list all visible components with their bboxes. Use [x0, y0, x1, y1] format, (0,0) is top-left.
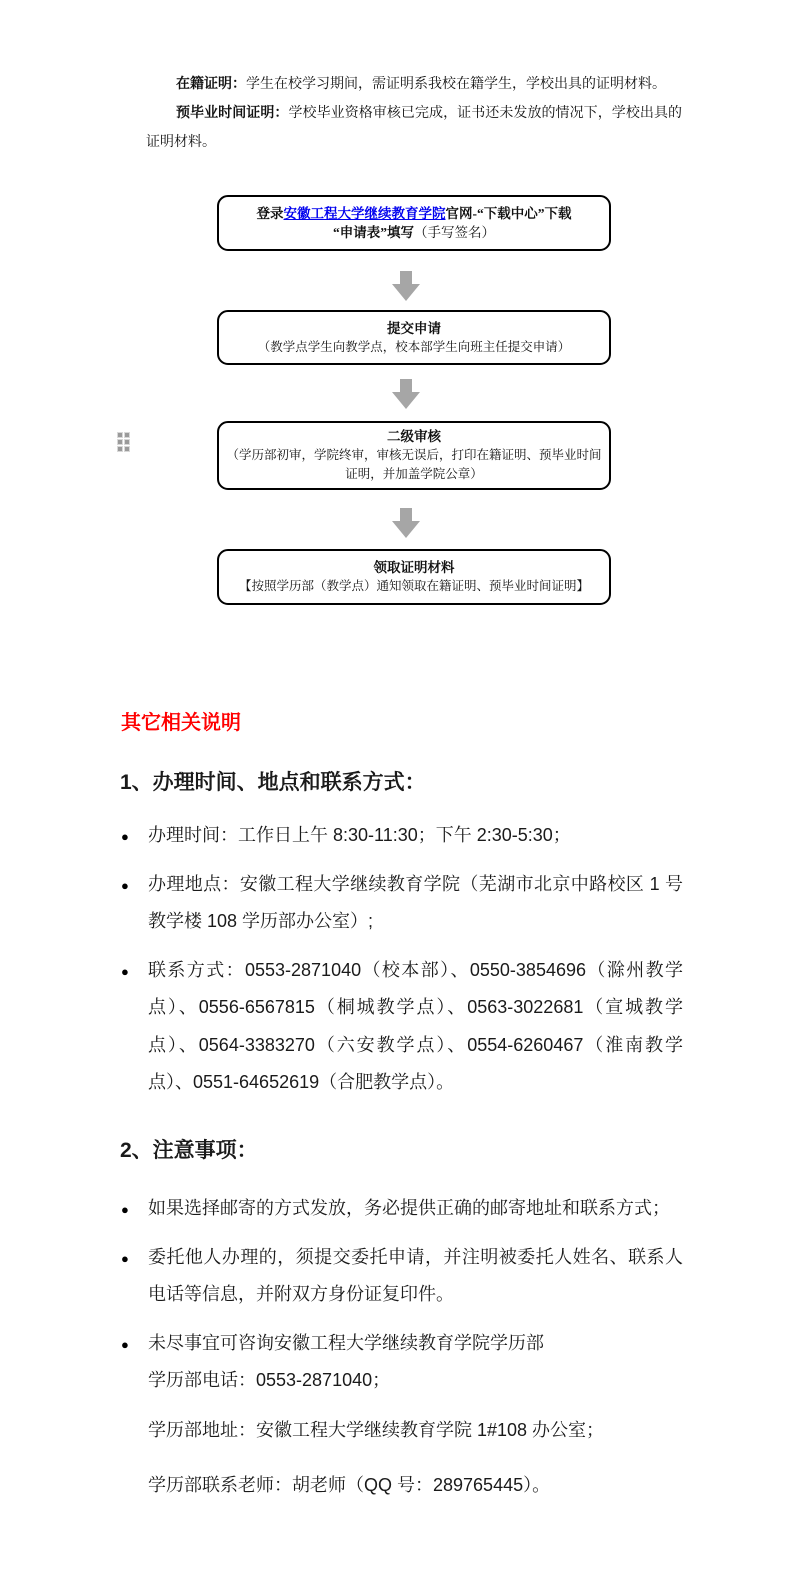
flow-step1-suffix: 官网-“下载中心”下载 — [446, 206, 572, 221]
flow-step1-line1: 登录安徽工程大学继续教育学院官网-“下载中心”下载 — [257, 204, 572, 223]
intro-paragraph-pregraduation: 预毕业时间证明：学校毕业资格审核已完成，证书还未发放的情况下，学校出具的证明材料… — [146, 99, 682, 157]
arrow-down-icon — [389, 379, 423, 409]
mailing-notice-text: 如果选择邮寄的方式发放，务必提供正确的邮寄地址和联系方式； — [148, 1198, 670, 1218]
intro-lead-pregraduation: 预毕业时间证明： — [176, 106, 288, 121]
bullet-icon: ● — [121, 867, 129, 905]
flow-step-two-level-review: 二级审核 （学历部初审，学院终审，审核无误后，打印在籍证明、预毕业时间证明，并加… — [217, 421, 611, 490]
drag-handle-dot — [125, 447, 129, 451]
flow-step-collect-certificate: 领取证明材料 【按照学历部（教学点）通知领取在籍证明、预毕业时间证明】 — [217, 549, 611, 605]
drag-handle-dot — [125, 440, 129, 444]
section2-bullet-list: ● 如果选择邮寄的方式发放，务必提供正确的邮寄地址和联系方式； ● 委托他人办理… — [121, 1190, 683, 1523]
flow-step1-line2-bold: “申请表”填写 — [333, 225, 414, 240]
flow-step1-line2: “申请表”填写（手写签名） — [333, 223, 495, 242]
flow-step3-title: 二级审核 — [387, 427, 441, 446]
bullet-icon: ● — [121, 1240, 129, 1278]
flow-step4-subtitle: 【按照学历部（教学点）通知领取在籍证明、预毕业时间证明】 — [239, 577, 589, 596]
intro-paragraphs: 在籍证明：学生在校学习期间，需证明系我校在籍学生，学校出具的证明材料。 预毕业时… — [146, 70, 682, 157]
section2-title: 2、注意事项： — [120, 1134, 258, 1164]
drag-handle-dot — [118, 440, 122, 444]
flow-step4-title: 领取证明材料 — [374, 558, 455, 577]
document-page: { "glyphs": { "bullet": "●" }, "colors":… — [0, 0, 800, 1588]
intro-paragraph-enrollment: 在籍证明：学生在校学习期间，需证明系我校在籍学生，学校出具的证明材料。 — [146, 70, 682, 99]
contact-numbers-text: 联系方式：0553-2871040（校本部）、0550-3854696（滁州教学… — [148, 960, 683, 1093]
flow-step1-prefix: 登录 — [257, 206, 284, 221]
list-item-proxy-notice: ● 委托他人办理的，须提交委托申请，并注明被委托人姓名、联系人电话等信息，并附双… — [121, 1239, 683, 1314]
records-office-teacher: 学历部联系老师：胡老师（QQ 号：289765445）。 — [148, 1467, 683, 1505]
section1-title: 1、办理时间、地点和联系方式： — [120, 766, 426, 796]
proxy-notice-text: 委托他人办理的，须提交委托申请，并注明被委托人姓名、联系人电话等信息，并附双方身… — [148, 1247, 683, 1305]
bullet-icon: ● — [121, 1326, 129, 1364]
further-inquiry-text: 未尽事宜可咨询安徽工程大学继续教育学院学历部 — [148, 1333, 544, 1353]
list-item-contact-numbers: ● 联系方式：0553-2871040（校本部）、0550-3854696（滁州… — [121, 952, 683, 1102]
drag-handle-dot — [125, 433, 129, 437]
flow-step2-title: 提交申请 — [387, 319, 441, 338]
bullet-icon: ● — [121, 953, 129, 991]
list-item-mailing-notice: ● 如果选择邮寄的方式发放，务必提供正确的邮寄地址和联系方式； — [121, 1190, 683, 1228]
drag-handle-dot — [118, 447, 122, 451]
flow-step-download-form: 登录安徽工程大学继续教育学院官网-“下载中心”下载 “申请表”填写（手写签名） — [217, 195, 611, 251]
intro-text-enrollment: 学生在校学习期间，需证明系我校在籍学生，学校出具的证明材料。 — [246, 77, 666, 92]
section-heading-other-notes: 其它相关说明 — [121, 706, 241, 735]
college-website-link[interactable]: 安徽工程大学继续教育学院 — [284, 206, 446, 221]
records-office-phone: 学历部电话：0553-2871040； — [148, 1362, 683, 1400]
intro-lead-enrollment: 在籍证明： — [176, 77, 246, 92]
bullet-icon: ● — [121, 1191, 129, 1229]
flow-step-submit-application: 提交申请 （教学点学生向教学点，校本部学生向班主任提交申请） — [217, 310, 611, 365]
flow-step1-line2-note: （手写签名） — [414, 225, 495, 240]
arrow-down-icon — [389, 271, 423, 301]
office-hours-text: 办理时间：工作日上午 8:30-11:30；下午 2:30-5:30； — [148, 825, 571, 845]
section1-bullet-list: ● 办理时间：工作日上午 8:30-11:30；下午 2:30-5:30； ● … — [121, 817, 683, 1113]
records-office-address: 学历部地址：安徽工程大学继续教育学院 1#108 办公室； — [148, 1412, 683, 1450]
drag-handle[interactable] — [118, 433, 129, 451]
list-item-further-inquiry: ● 未尽事宜可咨询安徽工程大学继续教育学院学历部 学历部电话：0553-2871… — [121, 1325, 683, 1505]
arrow-down-icon — [389, 508, 423, 538]
bullet-icon: ● — [121, 818, 129, 856]
office-location-text: 办理地点：安徽工程大学继续教育学院（芜湖市北京中路校区 1 号教学楼 108 学… — [148, 874, 683, 932]
list-item-office-location: ● 办理地点：安徽工程大学继续教育学院（芜湖市北京中路校区 1 号教学楼 108… — [121, 866, 683, 941]
flow-step3-subtitle: （学历部初审，学院终审，审核无误后，打印在籍证明、预毕业时间证明，并加盖学院公章… — [224, 446, 604, 484]
drag-handle-dot — [118, 433, 122, 437]
flow-step2-subtitle: （教学点学生向教学点，校本部学生向班主任提交申请） — [258, 338, 571, 357]
list-item-office-hours: ● 办理时间：工作日上午 8:30-11:30；下午 2:30-5:30； — [121, 817, 683, 855]
